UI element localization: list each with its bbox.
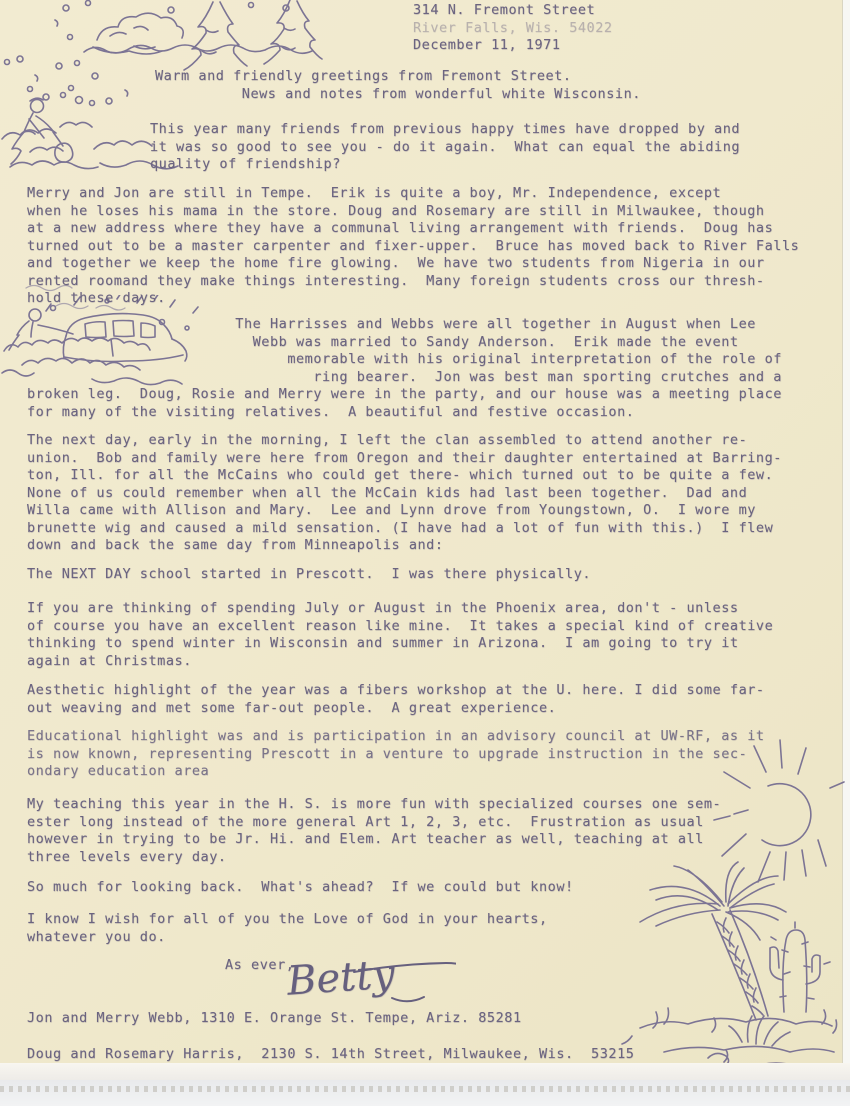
valediction: As ever, <box>225 957 294 975</box>
sender-address-line2: River Falls, Wis. 54022 <box>413 20 613 38</box>
palm-tree-cactus-doodle <box>616 860 850 1078</box>
paragraph-wedding: The Harrisses and Webbs were all togethe… <box>27 316 782 421</box>
paragraph-family-news: Merry and Jon are still in Tempe. Erik i… <box>27 185 799 308</box>
paragraph-aesthetic: Aesthetic highlight of the year was a fi… <box>27 682 765 717</box>
paragraph-educational: Educational highlight was and is partici… <box>27 728 765 781</box>
background-below-paper <box>0 1080 850 1106</box>
scanned-letter-page: 314 N. Fremont Street River Falls, Wis. … <box>0 0 850 1106</box>
sender-address-line1: 314 N. Fremont Street <box>413 2 595 20</box>
paragraph-next-day: The NEXT DAY school started in Prescott.… <box>27 566 591 584</box>
webb-address: Jon and Merry Webb, 1310 E. Orange St. T… <box>27 1010 522 1028</box>
paragraph-phoenix: If you are thinking of spending July or … <box>27 600 773 670</box>
paragraph-wish: I know I wish for all of you the Love of… <box>27 911 548 946</box>
paragraph-teaching: My teaching this year in the H. S. is mo… <box>27 796 721 866</box>
perforation-dotted-line <box>0 1086 850 1092</box>
paragraph-friendship: This year many friends from previous hap… <box>150 121 740 174</box>
paragraph-reunion: The next day, early in the morning, I le… <box>27 432 782 555</box>
harris-address: Doug and Rosemary Harris, 2130 S. 14th S… <box>27 1046 634 1064</box>
paragraph-looking-back: So much for looking back. What's ahead? … <box>27 879 574 897</box>
signature-flourish <box>296 950 456 1012</box>
greeting-lines: Warm and friendly greetings from Fremont… <box>155 68 641 103</box>
page-protector-edge <box>0 1063 850 1081</box>
letter-date: December 11, 1971 <box>413 37 561 55</box>
